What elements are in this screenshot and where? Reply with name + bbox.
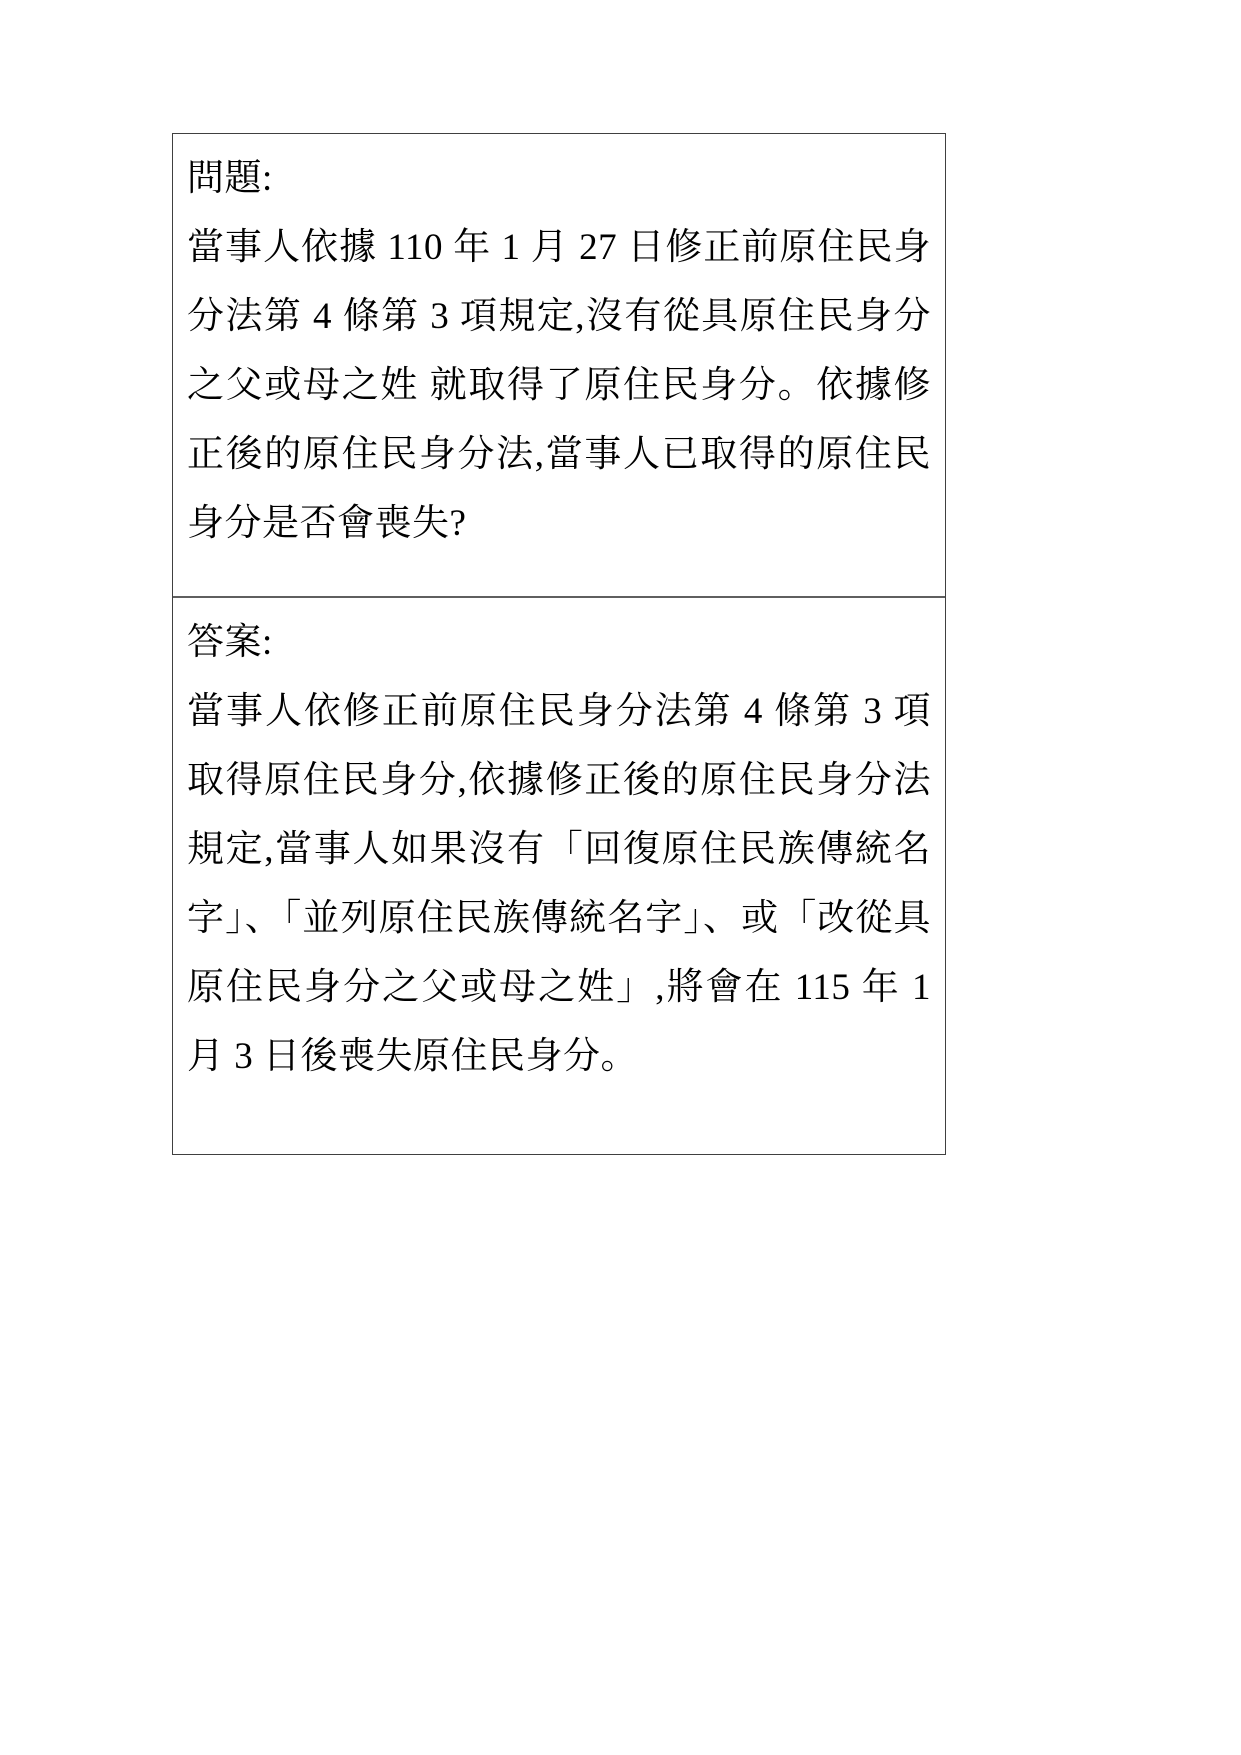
question-cell: 問題: 當事人依據 110 年 1 月 27 日修正前原住民身分法第 4 條第 … — [173, 134, 945, 598]
answer-text: 當事人依修正前原住民身分法第 4 條第 3 項取得原住民身分,依據修正後的原住民… — [187, 677, 931, 1091]
answer-cell: 答案: 當事人依修正前原住民身分法第 4 條第 3 項取得原住民身分,依據修正後… — [173, 598, 945, 1154]
answer-label: 答案: — [187, 608, 931, 677]
qa-table: 問題: 當事人依據 110 年 1 月 27 日修正前原住民身分法第 4 條第 … — [172, 133, 946, 1155]
question-label: 問題: — [187, 144, 931, 213]
question-text: 當事人依據 110 年 1 月 27 日修正前原住民身分法第 4 條第 3 項規… — [187, 213, 931, 558]
